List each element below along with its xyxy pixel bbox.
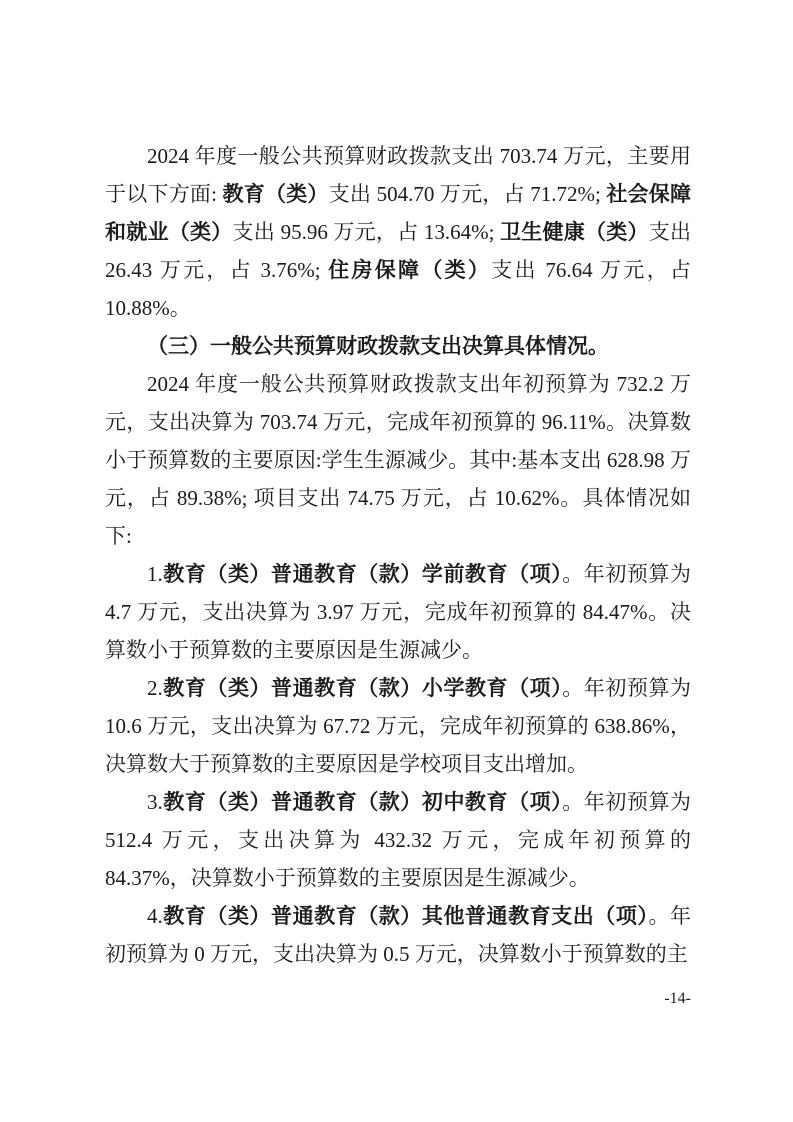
item-number: 2. <box>147 676 163 700</box>
paragraph-expenditure-overview: 2024 年度一般公共预算财政拨款支出 703.74 万元，主要用于以下方面: … <box>105 137 691 327</box>
item-number: 4. <box>147 904 163 928</box>
item-number: 1. <box>147 562 163 586</box>
category-housing: 住房保障（类） <box>328 258 491 282</box>
item-title: 教育（类）普通教育（款）初中教育（项） <box>163 790 563 814</box>
paragraph-budget-summary: 2024 年度一般公共预算财政拨款支出年初预算为 732.2 万元，支出决算为 … <box>105 365 691 555</box>
overview-text-2: 支出 504.70 万元，占 71.72%; <box>329 182 607 206</box>
budget-item-3: 3.教育（类）普通教育（款）初中教育（项）。年初预算为 512.4 万元，支出决… <box>105 783 691 897</box>
budget-item-4: 4.教育（类）普通教育（款）其他普通教育支出（项）。年初预算为 0 万元，支出决… <box>105 897 691 973</box>
overview-text-3: 支出 95.96 万元，占 13.64%; <box>233 220 500 244</box>
section-heading: （三）一般公共预算财政拨款支出决算具体情况。 <box>105 327 691 365</box>
category-health: 卫生健康（类） <box>500 220 649 244</box>
document-page: 2024 年度一般公共预算财政拨款支出 703.74 万元，主要用于以下方面: … <box>0 0 793 1122</box>
budget-item-1: 1.教育（类）普通教育（款）学前教育（项）。年初预算为 4.7 万元，支出决算为… <box>105 555 691 669</box>
item-title: 教育（类）普通教育（款）其他普通教育支出（项） <box>163 904 649 928</box>
category-education: 教育（类） <box>222 182 328 206</box>
budget-item-2: 2.教育（类）普通教育（款）小学教育（项）。年初预算为 10.6 万元，支出决算… <box>105 669 691 783</box>
item-title: 教育（类）普通教育（款）学前教育（项） <box>163 562 563 586</box>
item-number: 3. <box>147 790 163 814</box>
item-title: 教育（类）普通教育（款）小学教育（项） <box>163 676 563 700</box>
page-number: -14- <box>105 990 691 1008</box>
document-body: 2024 年度一般公共预算财政拨款支出 703.74 万元，主要用于以下方面: … <box>105 137 691 973</box>
